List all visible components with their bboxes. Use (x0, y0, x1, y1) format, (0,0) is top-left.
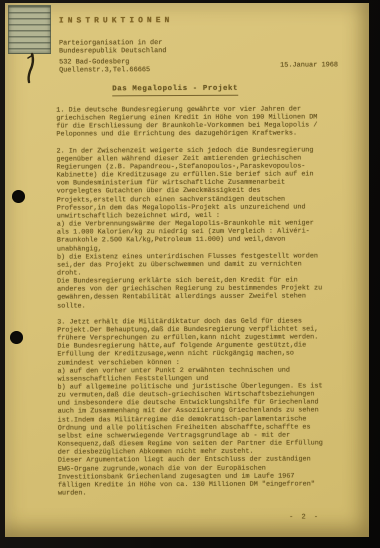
document-date: 15.Januar 1968 (280, 61, 338, 69)
letter-body: 1. Die deutsche Bundesregierung gewährte… (56, 105, 331, 497)
paragraph-3c: Dieser Argumentation liegt auch der Ents… (58, 456, 331, 498)
address-block: 532 Bad-Godesberg Quellenstr.3,Tel.66665 (59, 58, 150, 75)
organization-block: Parteiorganisation in der Bundesrepublik… (59, 39, 167, 56)
page-number: - 2 - (289, 513, 320, 521)
paragraph-3b: b) auf allgemeine politische und juristi… (57, 382, 330, 457)
document-page: INSTRUKTIONEN Parteiorganisation in der … (5, 3, 369, 537)
paragraph-1: 1. Die deutsche Bundesregierung gewährte… (56, 105, 329, 139)
organization-line: Bundesrepublik Deutschland (59, 47, 167, 56)
paragraph-2c: Die Bundesregierung erklärte sich bereit… (57, 277, 330, 311)
paragraph-2b: b) die Existenz eines unterirdischen Flu… (57, 252, 330, 278)
paragraph-2a: a) die Verbrennungswärme der Megalopolis… (57, 219, 330, 253)
letterhead-title: INSTRUKTIONEN (59, 16, 173, 25)
address-line: Quellenstr.3,Tel.66665 (59, 66, 150, 75)
paragraph-2: 2. In der Zwischenzeit weigerte sich jed… (56, 146, 329, 221)
paragraph-3: 3. Jetzt erhält die Militärdiktatur doch… (57, 317, 330, 367)
paragraph-3a: a) auf den vorher unter Punkt 2 erwähnte… (57, 366, 330, 384)
subject-line: Das Megalopolis - Projekt (112, 85, 238, 96)
